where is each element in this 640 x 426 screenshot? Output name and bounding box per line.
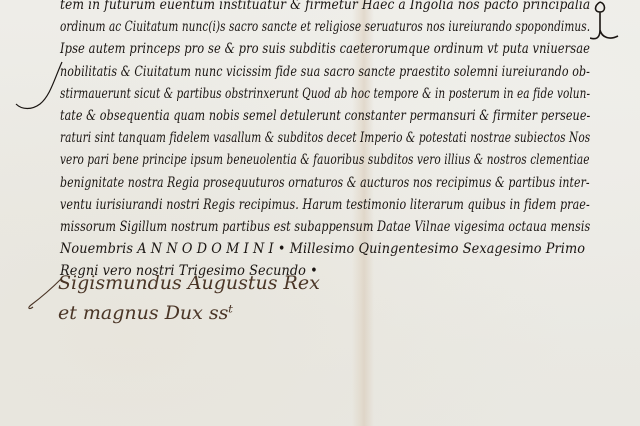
text-line-7: raturi sint tanquam fidelem vasallum & s… [60,127,495,149]
text-line-8: vero pari bene principe ipsum beneuolent… [60,149,494,171]
text-line-1: tem in futurum euentum instituatur & fir… [60,0,566,16]
signature-line-2: et magnus Dux ssᵗ [58,298,320,328]
charter-body-text: tem in futurum euentum instituatur & fir… [60,0,620,282]
text-line-2: ordinum ac Ciuitatum nunc(i)s sacro sanc… [60,16,493,38]
date-line: Nouembris A N N O D O M I N I • Millesim… [60,238,590,260]
text-line-5: stirmauerunt sicut & partibus obstrinxer… [60,83,493,105]
text-line-9: benignitate nostra Regia prosequuturos o… [60,172,510,194]
text-line-11: missorum Sigillum nostrum partibus est s… [60,216,519,238]
signature-line-1: Sigismundus Augustus Rex [58,268,320,298]
text-line-10: ventu iurisiurandi nostri Regis recipimu… [60,194,519,216]
text-line-3: Ipse autem princeps pro se & pro suis su… [60,38,533,60]
text-line-4: nobilitatis & Ciuitatum nunc vicissim fi… [60,61,517,83]
royal-signature: Sigismundus Augustus Rex et magnus Dux s… [58,268,320,328]
text-line-6: tate & obsequentia quam nobis semel detu… [60,105,519,127]
